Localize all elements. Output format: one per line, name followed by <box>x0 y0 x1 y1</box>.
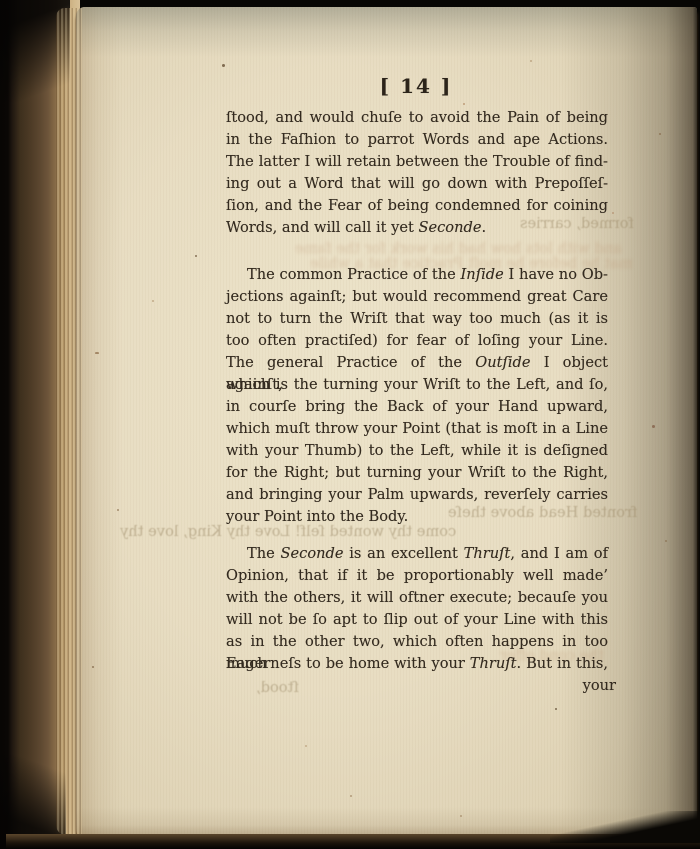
text-line: Opinion, that if it be proportionably we… <box>226 565 608 587</box>
body-text-segment: I have no Ob- <box>504 266 608 283</box>
text-line: Words, and will call it yet Seconde. <box>226 217 608 239</box>
text-line: in the Faſhion to parrot Words and ape A… <box>226 129 608 151</box>
body-text-segment: with the others, it will oftner execute;… <box>226 589 608 606</box>
text-line: Eagerneſs to be home with your Thruſt. B… <box>226 653 608 675</box>
paper-speck <box>460 815 462 817</box>
paper-speck <box>652 425 655 428</box>
body-text-segment: not to turn the Wriſt that way too much … <box>226 310 608 327</box>
body-text-segment: for the Right; but turning your Wriſt to… <box>226 464 608 481</box>
italic-text: Inſide <box>461 266 504 283</box>
paper-speck <box>612 212 614 214</box>
paper-speck <box>350 795 352 797</box>
paper-speck <box>152 300 154 302</box>
catchword: your <box>226 675 616 697</box>
paper-speck <box>665 540 667 542</box>
text-line: your Point into the Body. <box>226 506 608 528</box>
paper-speck <box>463 103 465 105</box>
paper-speck <box>305 745 307 747</box>
body-text-segment: . <box>481 219 486 236</box>
italic-text: Thruſt <box>464 545 511 562</box>
body-text-segment: which muſt throw your Point (that is moſ… <box>226 420 608 437</box>
text-line: as in the other two, which often happens… <box>226 631 608 653</box>
body-text-segment: ſtood, and would chuſe to avoid the Pain… <box>226 109 608 126</box>
text-line: for the Right; but turning your Wriſt to… <box>226 462 608 484</box>
body-text-segment: The common Practice of the <box>247 266 461 283</box>
body-text-segment: will not be ſo apt to ſlip out of your L… <box>226 611 608 628</box>
body-text-segment: too often practiſed) for fear of loſing … <box>226 332 608 349</box>
body-text-segment: Eagerneſs to be home with your <box>226 655 470 672</box>
text-line: ing out a Word that will go down with Pr… <box>226 173 608 195</box>
body-text-segment: in the Faſhion to parrot Words and ape A… <box>226 131 608 148</box>
page-number: [ 14 ] <box>225 74 607 98</box>
printed-text-layer: formed, carries and with lots how had hi… <box>0 0 700 849</box>
body-text-segment: ſion, and the Fear of being condemned fo… <box>226 197 608 214</box>
body-text-segment: . But in this, <box>517 655 608 672</box>
text-line: which muſt throw your Point (that is moſ… <box>226 418 608 440</box>
text-line: which is the turning your Wriſt to the L… <box>226 374 608 396</box>
body-text-segment: ing out a Word that will go down with Pr… <box>226 175 608 192</box>
paper-speck <box>222 64 225 67</box>
book-scan: formed, carries and with lots how had hi… <box>0 0 700 849</box>
italic-text: Seconde <box>281 545 344 562</box>
text-line: The common Practice of the Inſide I have… <box>226 264 608 286</box>
paper-speck <box>195 255 197 257</box>
body-text-segment: The general Practice of the <box>226 354 475 371</box>
body-text-segment: jections againſt; but would recommend gr… <box>226 288 608 305</box>
para-1: ſtood, and would chuſe to avoid the Pain… <box>226 107 608 239</box>
italic-text: Thruſt <box>470 655 517 672</box>
text-line: and bringing your Palm upwards, reverſel… <box>226 484 608 506</box>
body-text-segment: , and I am of <box>510 545 608 562</box>
text-line: with your Thumb) to the Left, while it i… <box>226 440 608 462</box>
text-line: will not be ſo apt to ſlip out of your L… <box>226 609 608 631</box>
text-line: in courſe bring the Back of your Hand up… <box>226 396 608 418</box>
paper-speck <box>659 133 661 135</box>
body-text-segment: which is the turning your Wriſt to the L… <box>226 376 608 393</box>
paper-speck <box>95 352 99 354</box>
para-2: The common Practice of the Inſide I have… <box>226 264 608 528</box>
body-text-segment: your Point into the Body. <box>226 508 408 525</box>
text-line: The Seconde is an excellent Thruſt, and … <box>226 543 608 565</box>
italic-text: Outſide <box>475 354 530 371</box>
paper-speck <box>117 509 119 511</box>
text-line: with the others, it will oftner execute;… <box>226 587 608 609</box>
body-text-segment: Words, and will call it yet <box>226 219 419 236</box>
paper-speck <box>530 60 532 62</box>
text-line: not to turn the Wriſt that way too much … <box>226 308 608 330</box>
body-text-segment: Opinion, that if it be proportionably we… <box>226 567 608 584</box>
body-text-segment: The <box>247 545 281 562</box>
para-3: The Seconde is an excellent Thruſt, and … <box>226 543 608 675</box>
text-line: too often practiſed) for fear of loſing … <box>226 330 608 352</box>
body-text-segment: with your Thumb) to the Left, while it i… <box>226 442 608 459</box>
paper-speck <box>92 666 94 668</box>
text-line: ſtood, and would chuſe to avoid the Pain… <box>226 107 608 129</box>
body-text-segment: The latter I will retain between the Tro… <box>226 153 608 170</box>
text-line: The general Practice of the Outſide I ob… <box>226 352 608 374</box>
paper-speck <box>555 708 557 710</box>
text-line: ſion, and the Fear of being condemned fo… <box>226 195 608 217</box>
body-text-segment: in courſe bring the Back of your Hand up… <box>226 398 608 415</box>
text-line: The latter I will retain between the Tro… <box>226 151 608 173</box>
body-text-segment: is an excellent <box>344 545 464 562</box>
body-text-segment: and bringing your Palm upwards, reverſel… <box>226 486 608 503</box>
text-line: jections againſt; but would recommend gr… <box>226 286 608 308</box>
italic-text: Seconde <box>419 219 482 236</box>
